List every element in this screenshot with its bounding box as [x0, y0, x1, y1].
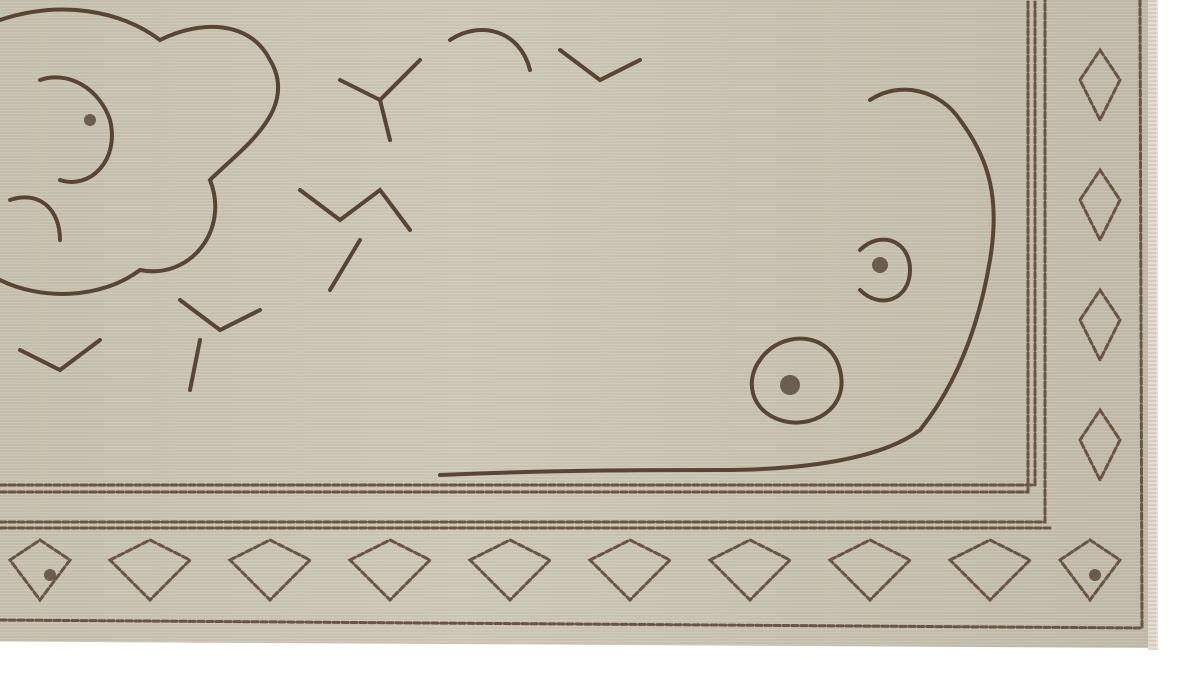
rug-pattern: [0, 0, 1200, 687]
outer-border-line: [0, 620, 1140, 628]
photo-scene: [0, 0, 1200, 687]
medallion-outline: [0, 10, 278, 294]
inner-border-line: [0, 0, 1035, 485]
